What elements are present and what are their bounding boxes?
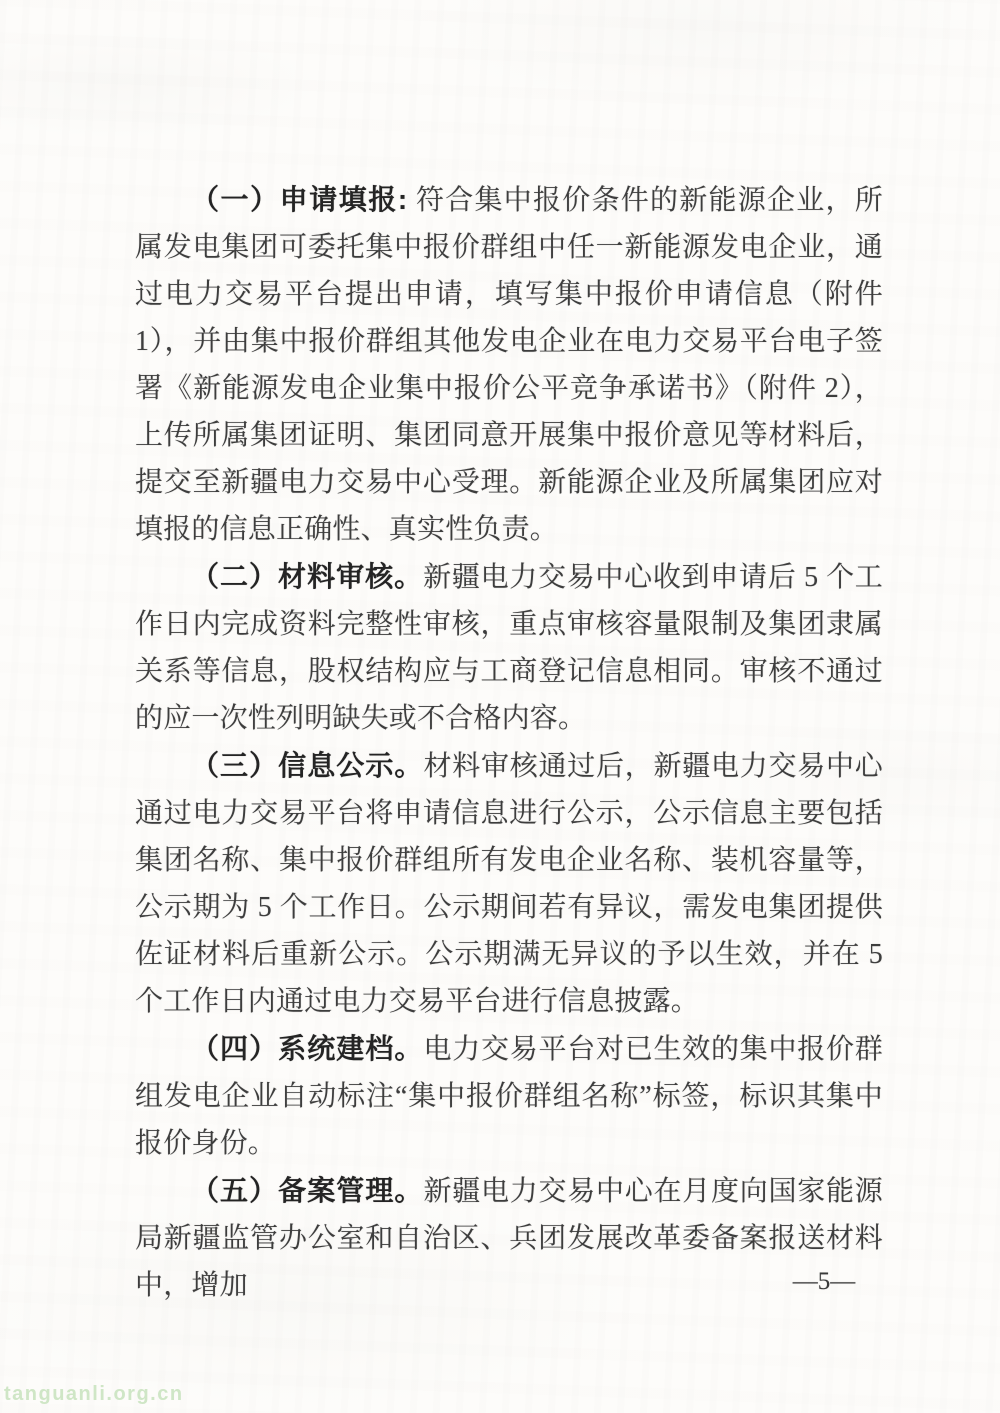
document-body: （一）申请填报: 符合集中报价条件的新能源企业，所属发电集团可委托集中报价群组中…	[135, 176, 883, 1309]
paragraph-record-management: （五）备案管理。新疆电力交易中心在月度向国家能源局新疆监管办公室和自治区、兵团发…	[135, 1167, 883, 1309]
paragraph-heading: （一）申请填报:	[191, 184, 408, 215]
paragraph-text: 符合集中报价条件的新能源企业，所属发电集团可委托集中报价群组中任一新能源发电企业…	[135, 185, 883, 545]
paragraph-heading: （五）备案管理。	[191, 1175, 423, 1206]
scanned-document-page: （一）申请填报: 符合集中报价条件的新能源企业，所属发电集团可委托集中报价群组中…	[0, 0, 1000, 1413]
paragraph-material-review: （二）材料审核。新疆电力交易中心收到申请后 5 个工作日内完成资料完整性审核，重…	[135, 553, 883, 742]
watermark-text: tanguanli.org.cn	[4, 1383, 184, 1406]
paragraph-heading: （二）材料审核。	[191, 561, 423, 592]
paragraph-heading: （三）信息公示。	[191, 750, 423, 781]
paragraph-application-filing: （一）申请填报: 符合集中报价条件的新能源企业，所属发电集团可委托集中报价群组中…	[135, 176, 883, 553]
paragraph-text: 材料审核通过后，新疆电力交易中心通过电力交易平台将申请信息进行公示，公示信息主要…	[135, 751, 883, 1017]
paragraph-system-archiving: （四）系统建档。电力交易平台对已生效的集中报价群组发电企业自动标注“集中报价群组…	[135, 1025, 883, 1167]
page-number: —5—	[784, 1268, 864, 1296]
paragraph-information-publicity: （三）信息公示。材料审核通过后，新疆电力交易中心通过电力交易平台将申请信息进行公…	[135, 742, 883, 1025]
paragraph-heading: （四）系统建档。	[191, 1033, 423, 1064]
